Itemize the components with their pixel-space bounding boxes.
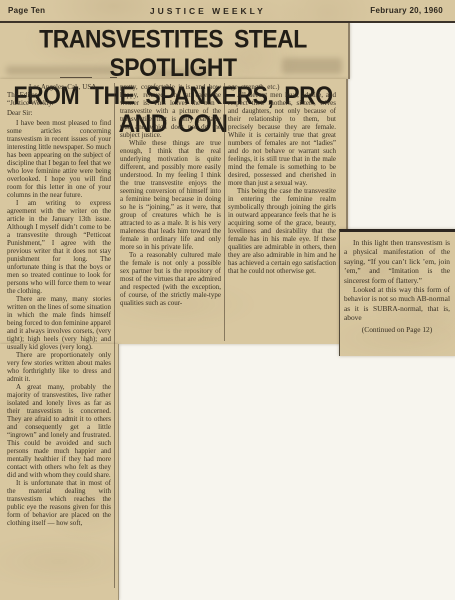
column-rule-dash — [60, 77, 92, 78]
paragraph: All decent men love, admire, and respect… — [228, 91, 336, 187]
paragraph: In this light then transvestism is a phy… — [344, 238, 450, 285]
column-rule-dash — [110, 77, 117, 78]
article-column-4: In this light then transvestism is a phy… — [344, 238, 450, 350]
paragraph: While these things are true enough, I th… — [120, 139, 221, 251]
continued-on-page-notice: (Continued on Page 12) — [344, 325, 450, 334]
column-divider-rule — [224, 83, 225, 341]
letter-address-line: The Editor, — [7, 91, 111, 99]
paragraph: Looked at this way this form of behavior… — [344, 285, 450, 323]
newspaper-clipping-scan: { "masthead": { "page_label": "Page Ten"… — [0, 0, 455, 600]
paragraph: pretty, comfortable it is, and how happy… — [120, 83, 221, 139]
issue-date: February 20, 1960 — [370, 6, 455, 15]
letter-dateline: Los Angeles, Cal., USA. — [7, 83, 111, 91]
paragraph: I am writing to express agreement with t… — [7, 199, 111, 295]
letter-address-line: “Justice Weekly.” — [7, 99, 111, 107]
paragraph: There are many, many stories written on … — [7, 295, 111, 351]
paragraph: It is unfortunate that in most of the ma… — [7, 479, 111, 527]
article-column-3: age, strength, etc.) All decent men love… — [228, 83, 336, 343]
newspaper-name: JUSTICE WEEKLY — [150, 6, 266, 16]
page-number-label: Page Ten — [0, 6, 45, 15]
masthead: Page Ten JUSTICE WEEKLY February 20, 196… — [0, 0, 455, 21]
paragraph: I have been most pleased to find some ar… — [7, 119, 111, 199]
headline-line-1: TRANSVESTITES STEAL SPOTLIGHT — [2, 25, 344, 81]
paragraph: A great many, probably the majority of t… — [7, 383, 111, 479]
paragraph: There are proportionately only very few … — [7, 351, 111, 383]
article-column-2: pretty, comfortable it is, and how happy… — [120, 83, 221, 343]
column-divider-rule — [114, 83, 115, 588]
letter-salutation: Dear Sir: — [7, 109, 111, 117]
article-column-1: Los Angeles, Cal., USA. The Editor, “Jus… — [7, 83, 111, 595]
paragraph: To a reasonably cultured male the female… — [120, 251, 221, 307]
paragraph: age, strength, etc.) — [228, 83, 336, 91]
paragraph: This being the case the transvestite in … — [228, 187, 336, 275]
